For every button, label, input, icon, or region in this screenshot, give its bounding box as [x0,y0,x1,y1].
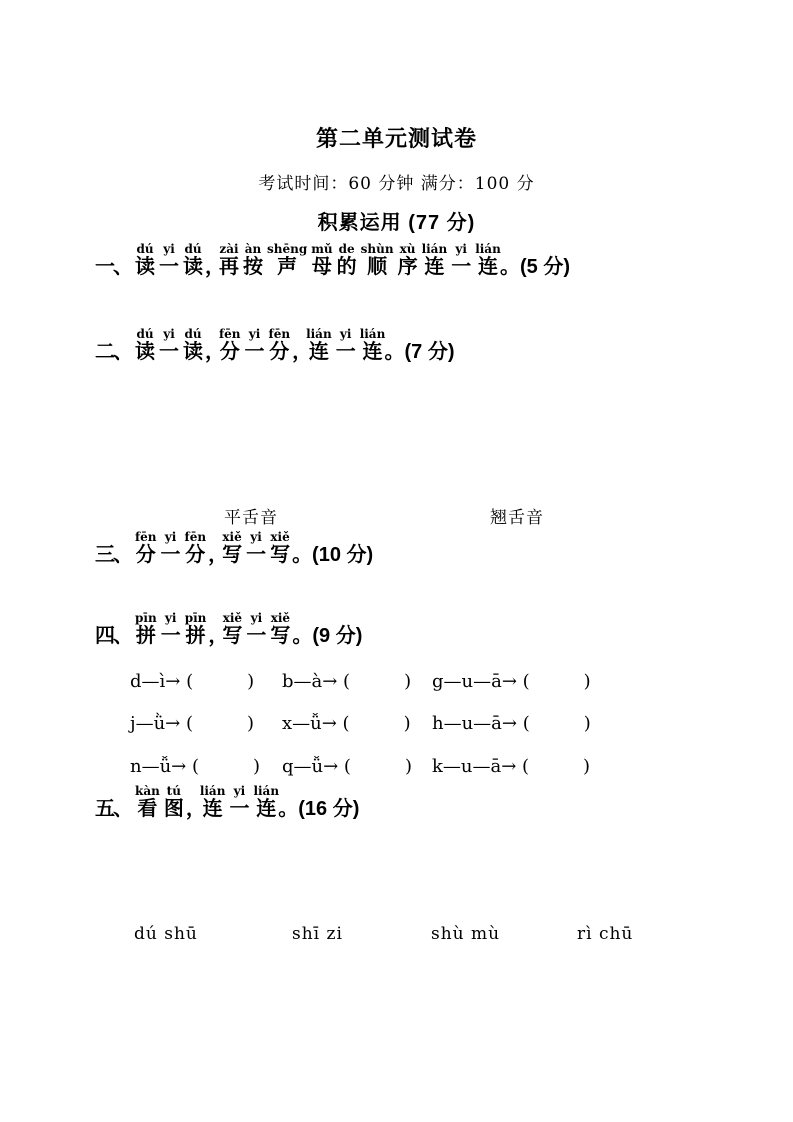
flat-tongue-label: 平舌音 [224,503,278,528]
question-3-heading: 三、分fēn一yi分fēn，写xiě一yi写xiě。(10 分) [95,531,373,565]
pinyin-blend-row-3: n—ǚ→ ( ) q—ǚ→ ( ) k—u—ā→ ( ) [130,752,590,778]
question-4-text: 拼pīn一yi拼pīn，写xiě一yi写xiě [133,625,292,647]
pinyin-blend-item: j—ǜ→ ( ) [130,709,282,735]
question-1-score: 。(5 分) [500,256,570,278]
pinyin-blend-item: x—ǚ→ ( ) [282,709,432,735]
question-5-heading: 五、看kàn图tú，连lián一yi连lián。(16 分) [95,785,359,819]
picture-pinyin-label-3: shù mù [431,924,500,944]
pinyin-blend-item: h—u—ā→ ( ) [432,709,591,735]
question-4-score: 。(9 分) [292,625,362,647]
pinyin-blend-item: b—à→ ( ) [282,667,432,693]
question-2-number: 二、 [95,342,131,362]
pinyin-blend-item: k—u—ā→ ( ) [432,752,590,778]
question-4-heading: 四、拼pīn一yi拼pīn，写xiě一yi写xiě。(9 分) [95,612,362,646]
exam-info: 考试时间：60 分钟 满分：100 分 [0,169,793,194]
question-3-score: 。(10 分) [292,544,373,566]
question-4-number: 四、 [95,626,131,646]
question-2-heading: 二、读dú一yi读dú，分fēn一yi分fēn，连lián一yi连lián。(7… [95,328,455,362]
pinyin-blend-item: n—ǚ→ ( ) [130,752,282,778]
question-3-text: 分fēn一yi分fēn，写xiě一yi写xiě [133,544,292,566]
test-paper-page: 第二单元测试卷 考试时间：60 分钟 满分：100 分 积累运用 (77 分) … [0,0,793,1122]
question-5-text: 看kàn图tú，连lián一yi连lián [133,798,278,820]
pinyin-blend-item: d—ì→ ( ) [130,667,282,693]
question-2-text: 读dú一yi读dú，分fēn一yi分fēn，连lián一yi连lián [133,341,385,363]
question-1-heading: 一、读dú一yi读dú，再zài按àn声shēng母mǔ的de顺shùn序xù连… [95,243,570,277]
question-2-score: 。(7 分) [385,341,455,363]
picture-pinyin-label-4: rì chū [577,924,633,944]
picture-pinyin-label-1: dú shū [134,924,198,944]
question-3-number: 三、 [95,545,131,565]
section-heading: 积累运用 (77 分) [0,206,793,235]
pinyin-blend-item: g—u—ā→ ( ) [432,667,591,693]
page-title: 第二单元测试卷 [0,122,793,153]
pinyin-blend-row-2: j—ǜ→ ( ) x—ǚ→ ( ) h—u—ā→ ( ) [130,709,591,735]
question-1-number: 一、 [95,257,131,277]
question-1-text: 读dú一yi读dú，再zài按àn声shēng母mǔ的de顺shùn序xù连li… [133,256,500,278]
curled-tongue-label: 翘舌音 [490,503,544,528]
question-5-score: 。(16 分) [278,798,359,820]
pinyin-blend-item: q—ǚ→ ( ) [282,752,432,778]
picture-pinyin-label-2: shī zi [292,924,343,944]
question-5-number: 五、 [95,799,131,819]
pinyin-blend-row-1: d—ì→ ( ) b—à→ ( ) g—u—ā→ ( ) [130,667,591,693]
